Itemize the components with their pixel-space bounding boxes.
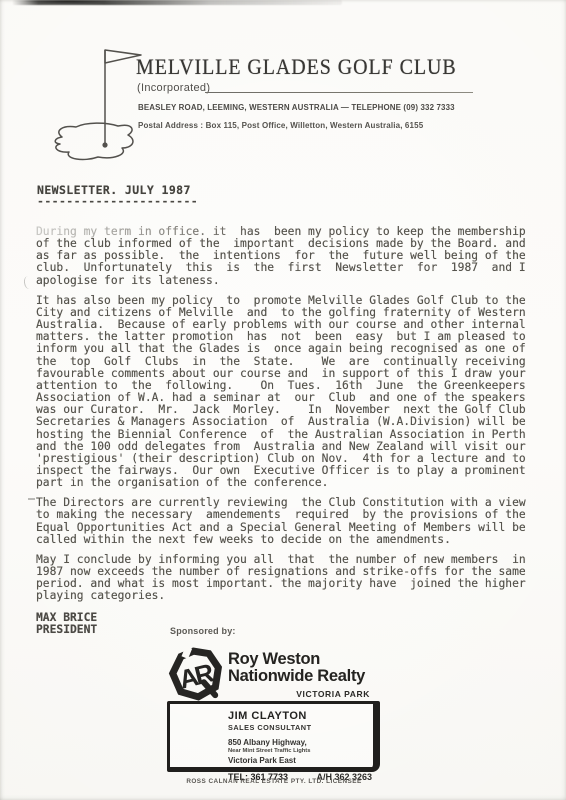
sponsor-name: Roy Weston Nationwide Realty bbox=[228, 651, 365, 685]
letter-paragraph: May I conclude by informing you all that… bbox=[36, 554, 548, 603]
agent-address-line1: 850 Albany Highway, bbox=[228, 738, 372, 747]
street-address-line: BEASLEY ROAD, LEEMING, WESTERN AUSTRALIA… bbox=[138, 103, 455, 112]
sponsor-name-line2: Nationwide Realty bbox=[228, 668, 365, 685]
body-line: hosting the Biennial Conference of the A… bbox=[36, 429, 548, 441]
agent-card: JIM CLAYTON SALES CONSULTANT 850 Albany … bbox=[167, 701, 380, 772]
postal-address-line: Postal Address : Box 115, Post Office, W… bbox=[138, 121, 423, 130]
roy-weston-ar-logo-icon: AR bbox=[166, 645, 226, 705]
body-line: club. Unfortunately this is the first Ne… bbox=[36, 262, 548, 274]
letter-paragraph: The Directors are currently reviewing th… bbox=[36, 497, 548, 546]
newsletter-title-underline: ---------------------- bbox=[37, 194, 198, 208]
letterhead-rule bbox=[205, 92, 473, 93]
body-line: part in the organisation of the conferen… bbox=[36, 477, 548, 489]
body-line: the top Golf Clubs in the State. We are … bbox=[36, 356, 548, 368]
body-line: inform you all that the Glades is once a… bbox=[36, 343, 548, 355]
body-line: and the 100 odd delegates from Australia… bbox=[36, 441, 548, 453]
agent-address-line3: Victoria Park East bbox=[228, 756, 372, 765]
incorporated-label: (Incorporated) bbox=[137, 82, 210, 94]
signature-block: MAX BRICE PRESIDENT bbox=[36, 612, 548, 636]
scan-artifact-dash bbox=[28, 498, 35, 500]
letter-body: During my term in office. it has been my… bbox=[36, 226, 548, 636]
agent-address-line2: Near Mint Street Traffic Lights bbox=[228, 748, 372, 754]
sponsored-by-label: Sponsored by: bbox=[170, 626, 236, 636]
agent-name: JIM CLAYTON bbox=[228, 710, 372, 722]
body-line: called within the next few weeks to deci… bbox=[36, 534, 548, 546]
letter-paragraph: During my term in office. it has been my… bbox=[36, 226, 548, 287]
sponsor-branch: VICTORIA PARK bbox=[228, 689, 370, 699]
scan-artifact-top-streak bbox=[12, 0, 342, 5]
signature-name: MAX BRICE bbox=[36, 612, 548, 624]
scanned-newsletter-page: MELVILLE GLADES GOLF CLUB (Incorporated)… bbox=[0, 0, 566, 800]
signature-title: PRESIDENT bbox=[36, 624, 548, 636]
letter-paragraph: It has also been my policy to promote Me… bbox=[36, 295, 548, 490]
golf-green-flag-icon bbox=[34, 42, 142, 174]
agent-role: SALES CONSULTANT bbox=[228, 723, 372, 732]
body-line: Secretaries & Managers Association of Au… bbox=[36, 416, 548, 428]
body-line: apologise for its lateness. bbox=[36, 275, 548, 287]
licensee-line: ROSS CALNAN REAL ESTATE PTY. LTD. LICENS… bbox=[150, 778, 398, 785]
scan-artifact-mark bbox=[23, 275, 34, 289]
club-name-heading: MELVILLE GLADES GOLF CLUB bbox=[136, 54, 457, 80]
body-line: Equal Opportunities Act and a Special Ge… bbox=[36, 522, 548, 534]
body-line: playing categories. bbox=[36, 590, 548, 602]
body-line: to making the necessary amendements requ… bbox=[36, 509, 548, 521]
sponsor-name-line1: Roy Weston bbox=[228, 651, 365, 668]
body-line: During my term in office. it has been my… bbox=[36, 226, 548, 238]
